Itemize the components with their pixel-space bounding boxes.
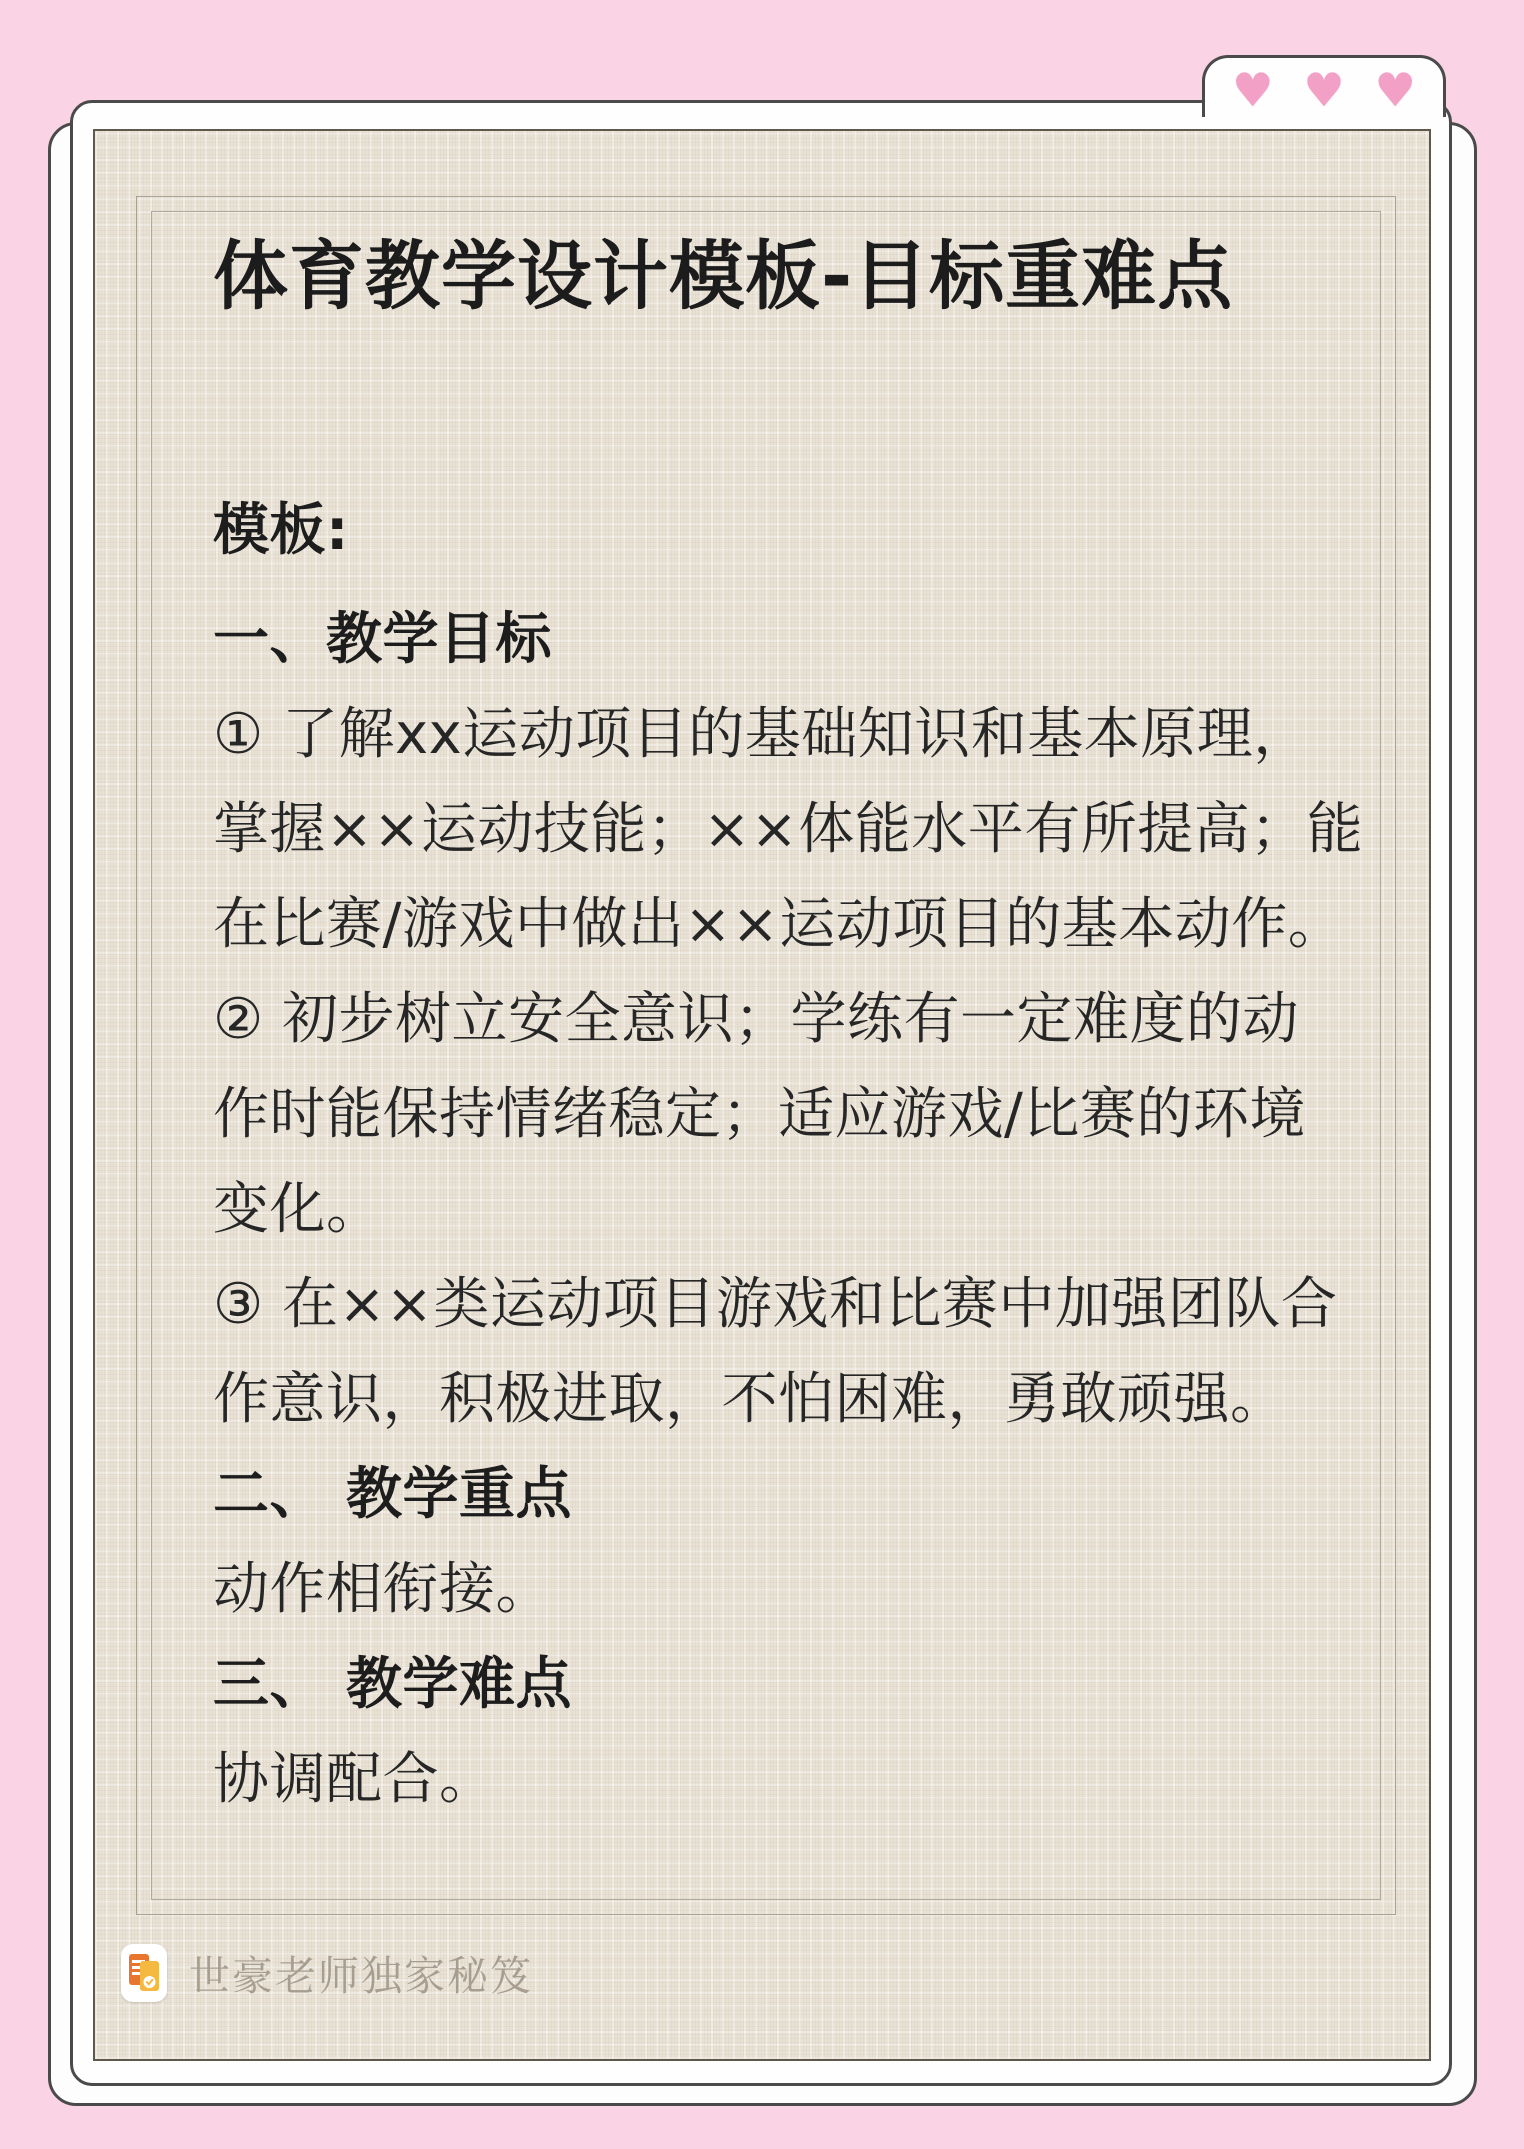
- heart-icon: ♥: [1232, 67, 1273, 113]
- stacked-card-front: 体育教学设计模板-目标重难点 模板: 一、教学目标 ① 了解xx运动项目的基础知…: [70, 100, 1452, 2086]
- template-label: 模板:: [213, 483, 1423, 578]
- section-heading-objectives: 一、教学目标: [213, 592, 1423, 687]
- body-line: ③ 在××类运动项目游戏和比赛中加强团队合: [213, 1257, 1423, 1352]
- body-line: ① 了解xx运动项目的基础知识和基本原理，: [213, 687, 1423, 782]
- body-line: ② 初步树立安全意识；学练有一定难度的动: [213, 972, 1423, 1067]
- body-line: 在比赛/游戏中做出××运动项目的基本动作。: [213, 877, 1423, 972]
- body-line: 作意识，积极进取，不怕困难，勇敢顽强。: [213, 1352, 1423, 1447]
- poster-page: ♥ ♥ ♥ 体育教学设计模板-目标重难点 模板: 一、教学目标 ① 了解xx运动…: [0, 0, 1524, 2149]
- section-heading-difficulties: 三、 教学难点: [213, 1637, 1423, 1732]
- notes-logo-icon: [121, 1944, 167, 2002]
- body-line: 作时能保持情绪稳定；适应游戏/比赛的环境: [213, 1067, 1423, 1162]
- heart-icon: ♥: [1303, 67, 1344, 113]
- page-title: 体育教学设计模板-目标重难点: [213, 235, 1233, 318]
- body-line: 协调配合。: [213, 1732, 1423, 1827]
- textured-paper: 体育教学设计模板-目标重难点 模板: 一、教学目标 ① 了解xx运动项目的基础知…: [93, 129, 1431, 2061]
- template-body: 模板: 一、教学目标 ① 了解xx运动项目的基础知识和基本原理， 掌握××运动技…: [213, 483, 1423, 1827]
- body-line: 动作相衔接。: [213, 1542, 1423, 1637]
- heart-icon: ♥: [1375, 67, 1416, 113]
- documents-icon: [121, 1944, 167, 2002]
- body-line: 掌握××运动技能；××体能水平有所提高；能: [213, 782, 1423, 877]
- brand-name: 世豪老师独家秘笈: [189, 1943, 533, 2002]
- brand-footer: 世豪老师独家秘笈: [121, 1943, 533, 2002]
- body-line: 变化。: [213, 1162, 1423, 1257]
- hearts-tab: ♥ ♥ ♥: [1202, 55, 1446, 117]
- section-heading-key-points: 二、 教学重点: [213, 1447, 1423, 1542]
